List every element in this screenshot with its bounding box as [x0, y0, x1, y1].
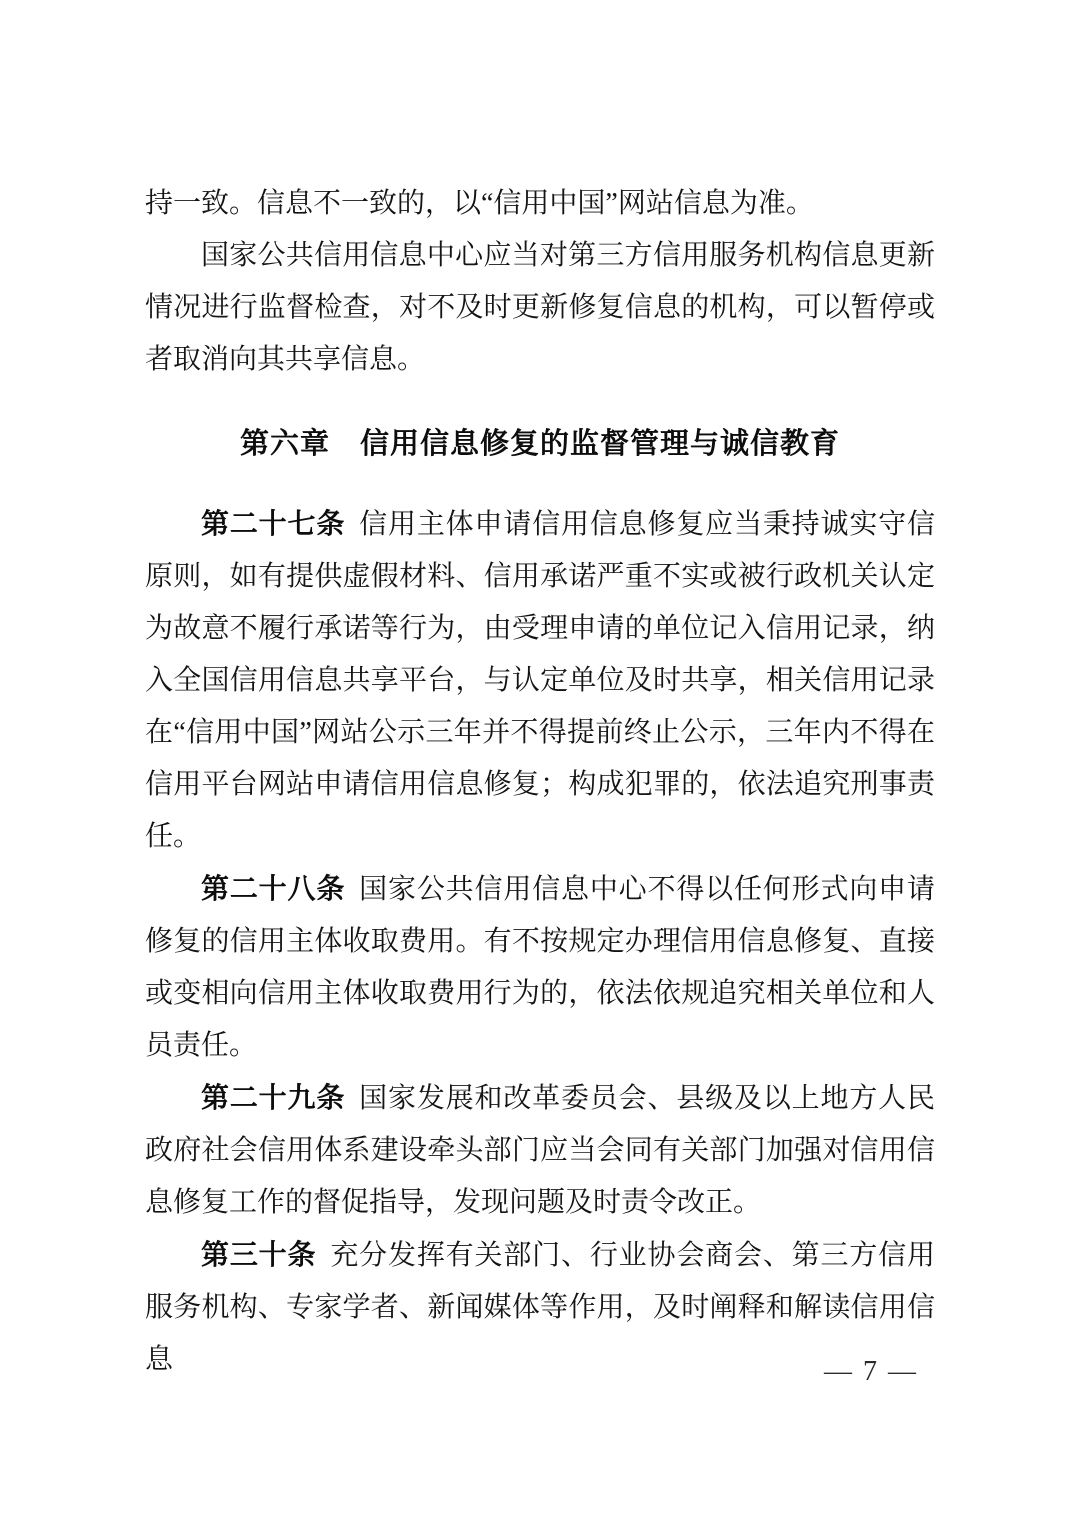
continuation-paragraph: 持一致。信息不一致的，以“信用中国”网站信息为准。 [145, 178, 935, 230]
article-29-label: 第二十九条 [201, 1082, 345, 1113]
article-27-text: 信用主体申请信用信息修复应当秉持诚实守信原则，如有提供虚假材料、信用承诺严重不实… [145, 509, 935, 852]
article-29-paragraph: 第二十九条国家发展和改革委员会、县级及以上地方人民政府社会信用体系建设牵头部门应… [145, 1072, 935, 1229]
update-supervision-paragraph: 国家公共信用信息中心应当对第三方信用服务机构信息更新情况进行监督检查，对不及时更… [145, 230, 935, 386]
article-30-label: 第三十条 [201, 1239, 316, 1270]
article-28-paragraph: 第二十八条国家公共信用信息中心不得以任何形式向申请修复的信用主体收取费用。有不按… [145, 863, 935, 1072]
page-number: — 7 — [824, 1352, 918, 1392]
article-30-paragraph: 第三十条充分发挥有关部门、行业协会商会、第三方信用服务机构、专家学者、新闻媒体等… [145, 1229, 935, 1386]
article-27-label: 第二十七条 [201, 508, 345, 539]
document-page: 持一致。信息不一致的，以“信用中国”网站信息为准。 国家公共信用信息中心应当对第… [0, 0, 1074, 1520]
article-28-label: 第二十八条 [201, 873, 345, 904]
article-27-paragraph: 第二十七条信用主体申请信用信息修复应当秉持诚实守信原则，如有提供虚假材料、信用承… [145, 498, 935, 863]
document-body: 持一致。信息不一致的，以“信用中国”网站信息为准。 国家公共信用信息中心应当对第… [145, 178, 935, 1386]
chapter-heading: 第六章 信用信息修复的监督管理与诚信教育 [145, 418, 935, 470]
